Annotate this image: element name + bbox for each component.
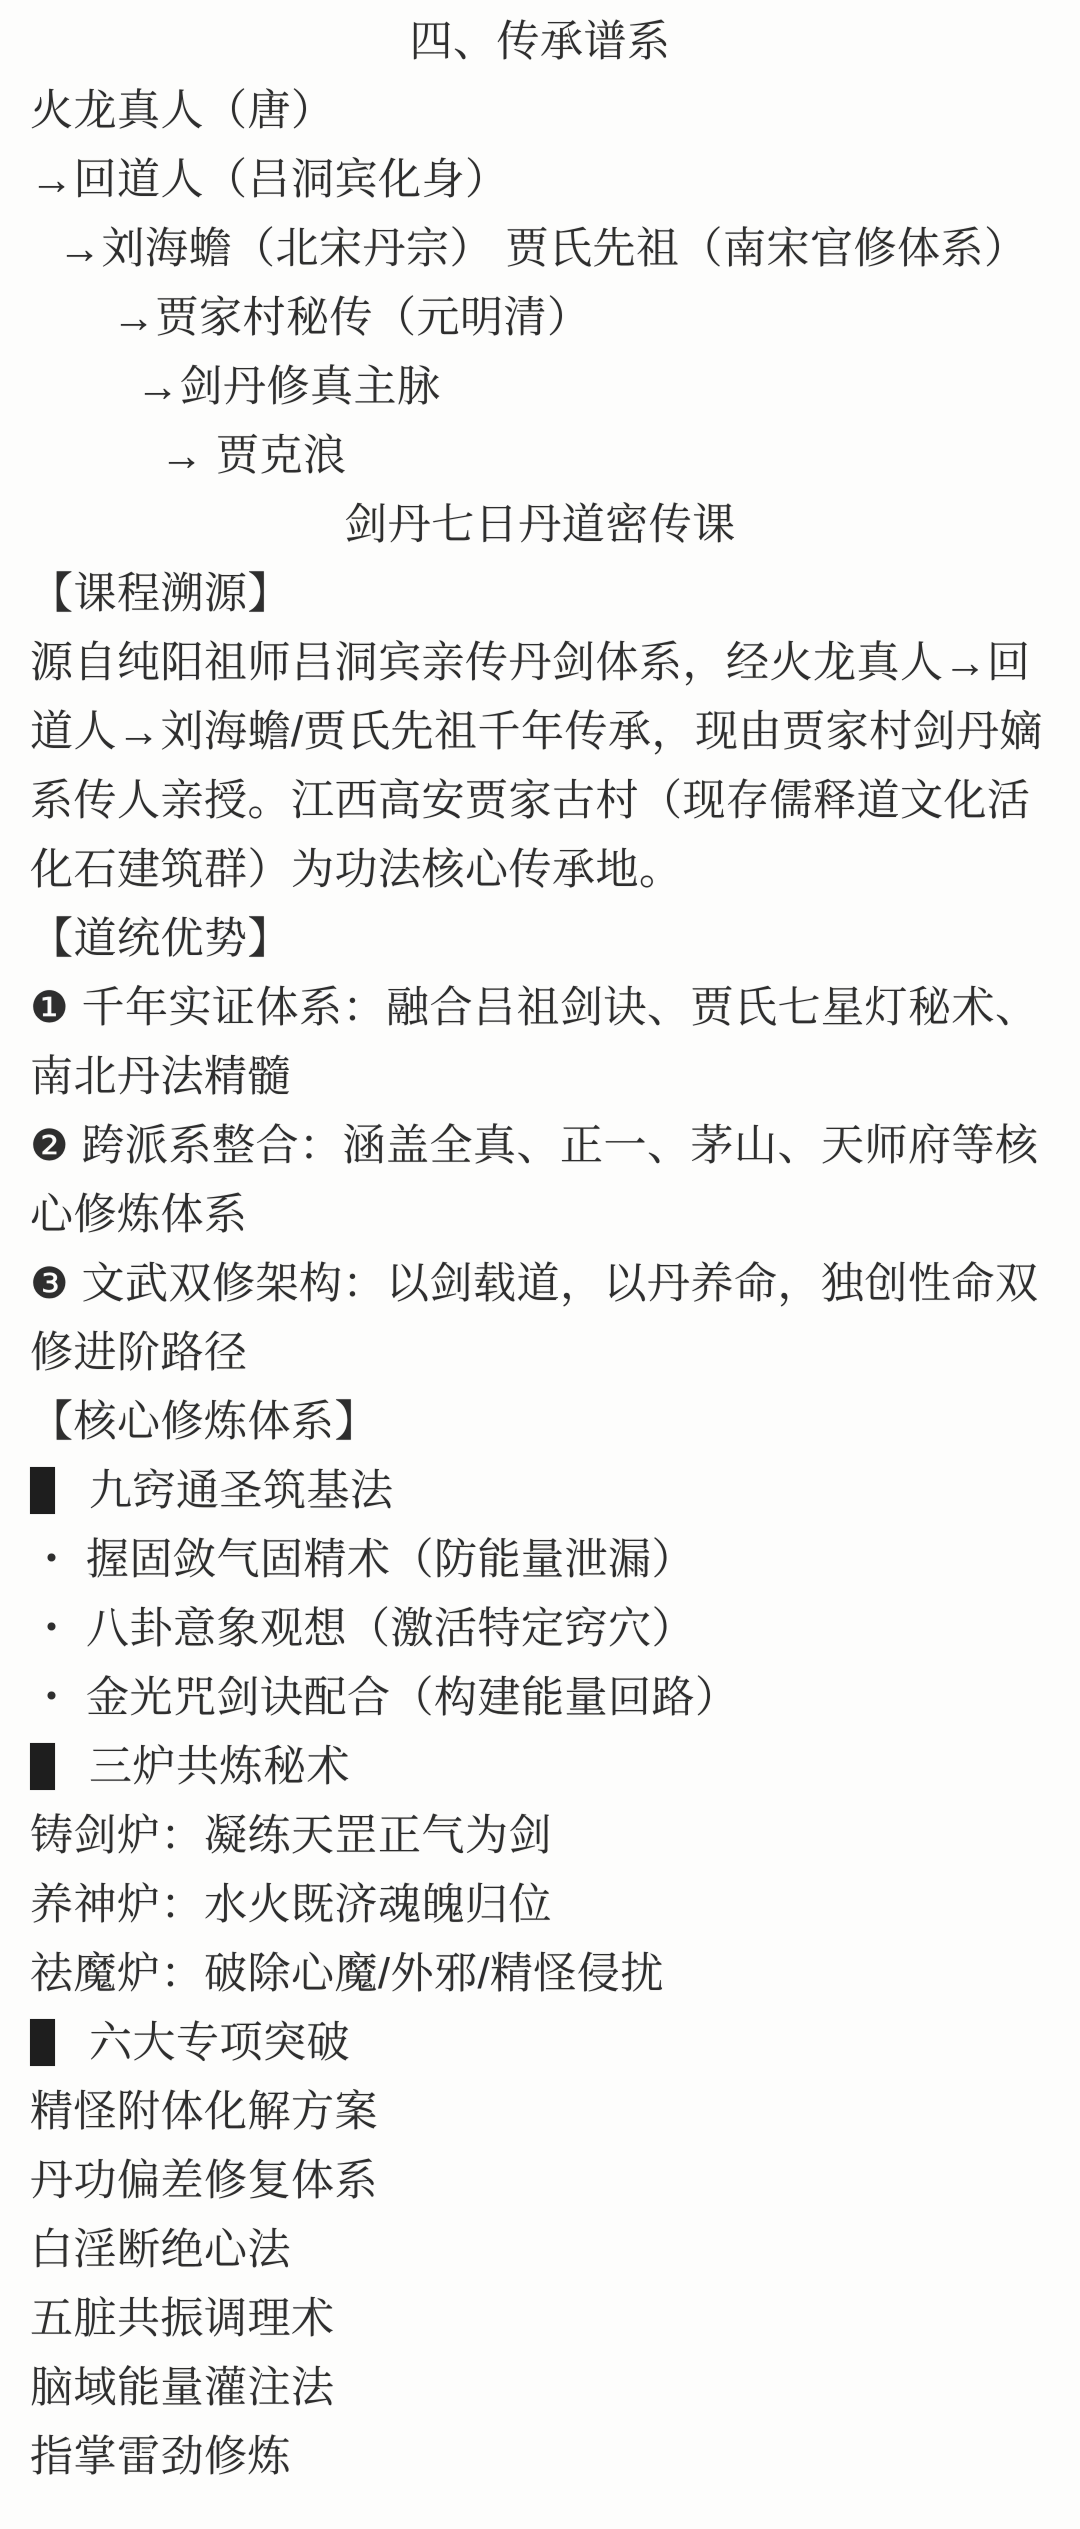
section-heading-label: 九窍通圣筑基法: [89, 1467, 394, 1515]
origin-paragraph-line-2: 道人→刘海蟾/贾氏先祖千年传承，现由贾家村剑丹嫡: [0, 698, 1080, 767]
bullet-item-wogu: ・ 握固敛气固精术（防能量泄漏）: [0, 1526, 1080, 1595]
section-heading-jiuqiao: 九窍通圣筑基法: [0, 1457, 1080, 1526]
section-heading-sanlu: 三炉共炼秘术: [0, 1733, 1080, 1802]
breakthrough-item-baiyin: 白淫断绝心法: [0, 2216, 1080, 2285]
advantage-3-line-2: 修进阶路径: [0, 1319, 1080, 1388]
advantage-2-line-2: 心修炼体系: [0, 1181, 1080, 1250]
advantage-3-line-1: ❸ 文武双修架构：以剑载道，以丹养命，独创性命双: [0, 1250, 1080, 1319]
advantage-2-line-1: ❷ 跨派系整合：涵盖全真、正一、茅山、天师府等核: [0, 1112, 1080, 1181]
bullet-item-jinguangzhou: ・ 金光咒剑诀配合（构建能量回路）: [0, 1664, 1080, 1733]
lineage-step-huolong: 火龙真人（唐）: [0, 77, 1080, 146]
heading-core-cultivation-system: 【核心修炼体系】: [0, 1388, 1080, 1457]
lineage-step-jiandan-mainline: →剑丹修真主脉: [0, 353, 1080, 422]
breakthrough-item-naoyu: 脑域能量灌注法: [0, 2354, 1080, 2423]
section-bar-icon: [30, 2019, 55, 2066]
furnace-item-yangshen: 养神炉：水火既济魂魄归位: [0, 1871, 1080, 1940]
document-page: 四、传承谱系 火龙真人（唐） →回道人（吕洞宾化身） →刘海蟾（北宋丹宗） 贾氏…: [0, 0, 1080, 2529]
breakthrough-item-dangong: 丹功偏差修复体系: [0, 2147, 1080, 2216]
origin-paragraph-line-1: 源自纯阳祖师吕洞宾亲传丹剑体系，经火龙真人→回: [0, 629, 1080, 698]
course-title: 剑丹七日丹道密传课: [0, 491, 1080, 560]
section-heading-liuda: 六大专项突破: [0, 2009, 1080, 2078]
advantage-1-line-2: 南北丹法精髓: [0, 1043, 1080, 1112]
origin-paragraph-line-4: 化石建筑群）为功法核心传承地。: [0, 836, 1080, 905]
breakthrough-item-zhizhang: 指掌雷劲修炼: [0, 2423, 1080, 2492]
lineage-step-huidaoren: →回道人（吕洞宾化身）: [0, 146, 1080, 215]
bullet-item-bagua: ・ 八卦意象观想（激活特定窍穴）: [0, 1595, 1080, 1664]
origin-paragraph-line-3: 系传人亲授。江西高安贾家古村（现存儒释道文化活: [0, 767, 1080, 836]
lineage-step-jiajiacun: →贾家村秘传（元明清）: [0, 284, 1080, 353]
heading-daotong-advantages: 【道统优势】: [0, 905, 1080, 974]
section-heading-label: 三炉共炼秘术: [89, 1743, 350, 1791]
heading-course-origin: 【课程溯源】: [0, 560, 1080, 629]
furnace-item-qumo: 祛魔炉：破除心魔/外邪/精怪侵扰: [0, 1940, 1080, 2009]
lineage-step-jiakelang: → 贾克浪: [0, 422, 1080, 491]
section-bar-icon: [30, 1467, 55, 1514]
section-heading-label: 六大专项突破: [89, 2019, 350, 2067]
page-title: 四、传承谱系: [0, 8, 1080, 77]
furnace-item-zhujian: 铸剑炉：凝练天罡正气为剑: [0, 1802, 1080, 1871]
breakthrough-item-wuzang: 五脏共振调理术: [0, 2285, 1080, 2354]
breakthrough-item-jingguai: 精怪附体化解方案: [0, 2078, 1080, 2147]
advantage-1-line-1: ❶ 千年实证体系：融合吕祖剑诀、贾氏七星灯秘术、: [0, 974, 1080, 1043]
lineage-step-liuhaichan: →刘海蟾（北宋丹宗） 贾氏先祖（南宋官修体系）: [0, 215, 1080, 284]
section-bar-icon: [30, 1743, 55, 1790]
